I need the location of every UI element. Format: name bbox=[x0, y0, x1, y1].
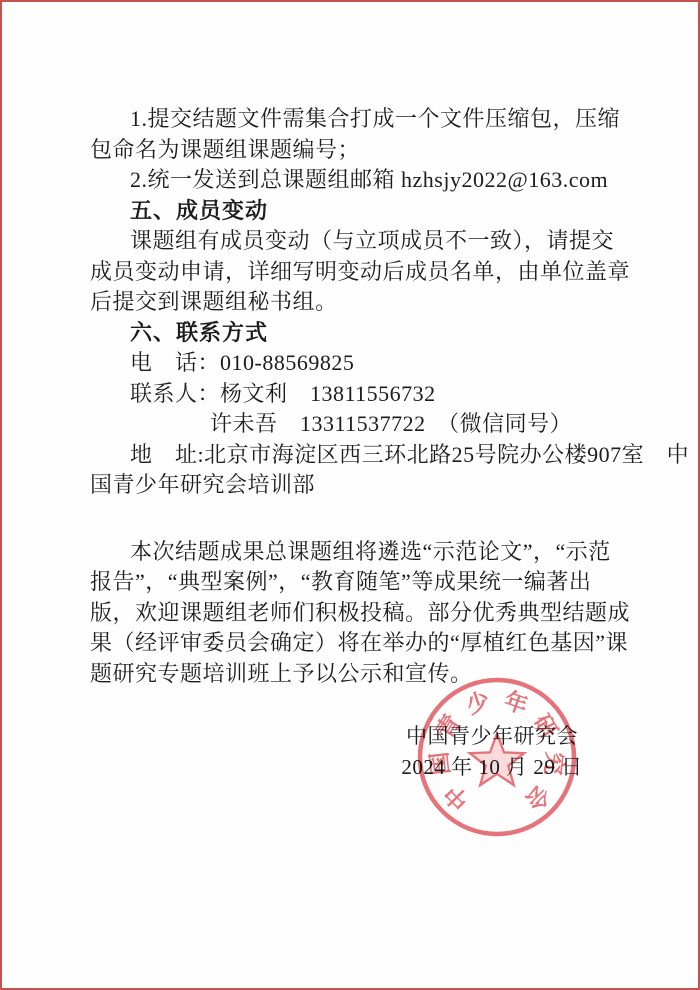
closing-paragraph: 本次结题成果总课题组将遴选“示范论文”，“示范报告”，“典型案例”，“教育随笔”… bbox=[90, 537, 631, 690]
section-6-heading: 六、联系方式 bbox=[90, 318, 631, 349]
document-body: 1.提交结题文件需集合打成一个文件压缩包，压缩包命名为课题组课题编号； 2.统一… bbox=[90, 104, 631, 689]
list-item-2-email: 2.统一发送到总课题组邮箱 hzhsjy2022@163.com bbox=[90, 165, 631, 196]
seal-char: 年 bbox=[501, 687, 531, 719]
address-line-1: 地 址:北京市海淀区西三环北路25号院办公楼907室 中 bbox=[90, 440, 631, 471]
seal-char: 少 bbox=[463, 688, 493, 719]
signature-date: 2024 年 10 月 29 日 bbox=[387, 752, 597, 783]
document-page: 1.提交结题文件需集合打成一个文件压缩包，压缩包命名为课题组课题编号； 2.统一… bbox=[0, 0, 700, 990]
contact-person-line-2: 许未吾 13311537722 （微信同号） bbox=[90, 409, 631, 440]
phone-line: 电 话：010-88569825 bbox=[90, 348, 631, 379]
seal-char: 会 bbox=[520, 780, 555, 815]
section-5-heading: 五、成员变动 bbox=[90, 196, 631, 227]
signature-block: 中国青少年研究会 2024 年 10 月 29 日 bbox=[387, 721, 597, 783]
list-item-1: 1.提交结题文件需集合打成一个文件压缩包，压缩包命名为课题组课题编号； bbox=[90, 104, 631, 165]
section-5-body: 课题组有成员变动（与立项成员不一致），请提交成员变动申请，详细写明变动后成员名单… bbox=[90, 226, 631, 318]
seal-char: 中 bbox=[440, 780, 474, 814]
signature-organization: 中国青少年研究会 bbox=[387, 721, 597, 752]
contact-person-line-1: 联系人：杨文利 13811556732 bbox=[90, 379, 631, 410]
address-line-2: 国青少年研究会培训部 bbox=[90, 470, 631, 501]
